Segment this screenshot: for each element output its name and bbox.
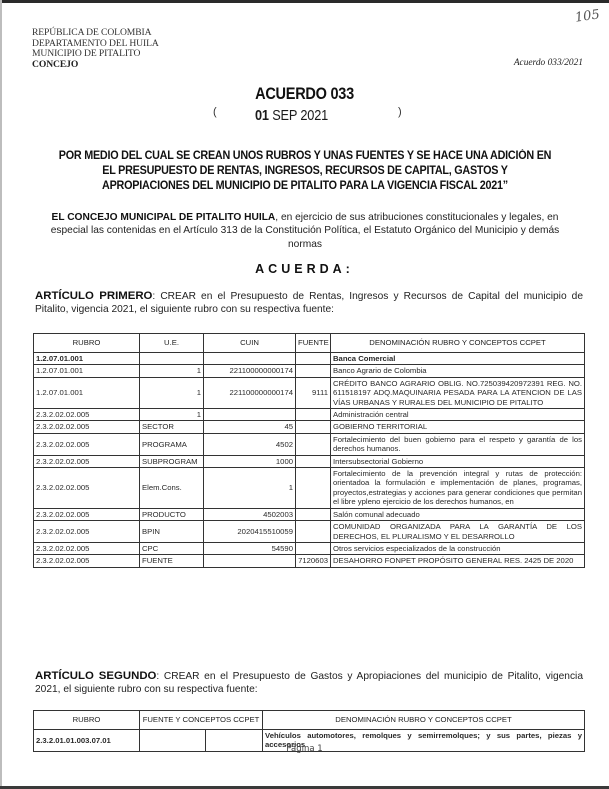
cell-rubro: 1.2.07.01.001 bbox=[34, 365, 140, 377]
cell-fuente bbox=[296, 409, 331, 421]
cell-fuente bbox=[296, 542, 331, 554]
date-line: ( 01 SEP 2021 ) bbox=[0, 105, 609, 129]
date-stamp-rest: SEP 2021 bbox=[269, 107, 328, 124]
cell-denominacion: DESAHORRO FONPET PROPÓSITO GENERAL RES. … bbox=[331, 555, 585, 567]
col-header-denominacion: DENOMINACIÓN RUBRO Y CONCEPTOS CCPET bbox=[331, 334, 585, 353]
cell-fuente: 7120603 bbox=[296, 555, 331, 567]
cell-ue: SECTOR bbox=[140, 421, 204, 433]
cell-cuin bbox=[204, 555, 296, 567]
table-row: 2.3.2.02.02.005CPC54590Otros servicios e… bbox=[34, 542, 585, 554]
table-row: 2.3.2.02.02.005BPIN2020415510059COMUNIDA… bbox=[34, 521, 585, 543]
cell-ue: SUBPROGRAM bbox=[140, 455, 204, 467]
table-header-row: RUBRO U.E. CUIN FUENTE DENOMINACIÓN RUBR… bbox=[34, 334, 585, 353]
cell-ue: BPIN bbox=[140, 521, 204, 543]
date-stamp-day: 01 bbox=[255, 107, 269, 124]
cell-cuin: 4502003 bbox=[204, 508, 296, 520]
col-header-cuin: CUIN bbox=[204, 334, 296, 353]
handwritten-page-number: 105 bbox=[574, 7, 601, 25]
cell-fuente: 9111 bbox=[296, 377, 331, 408]
cell-fuente bbox=[296, 365, 331, 377]
revenue-table: RUBRO U.E. CUIN FUENTE DENOMINACIÓN RUBR… bbox=[33, 333, 585, 568]
institution-header: REPÚBLICA DE COLOMBIA DEPARTAMENTO DEL H… bbox=[32, 28, 159, 70]
col-header-rubro: RUBRO bbox=[34, 334, 140, 353]
cell-rubro: 2.3.2.02.02.005 bbox=[34, 521, 140, 543]
cell-rubro: 2.3.2.02.02.005 bbox=[34, 468, 140, 509]
cell-denominacion: GOBIERNO TERRITORIAL bbox=[331, 421, 585, 433]
close-paren: ) bbox=[398, 106, 402, 118]
cell-ue: PROGRAMA bbox=[140, 433, 204, 455]
cell-fuente bbox=[296, 433, 331, 455]
cell-cuin: 4502 bbox=[204, 433, 296, 455]
document-title: ACUERDO 033 bbox=[37, 85, 573, 104]
cell-rubro: 2.3.2.02.02.005 bbox=[34, 542, 140, 554]
cell-ue bbox=[140, 353, 204, 365]
cell-rubro: 2.3.2.02.02.005 bbox=[34, 508, 140, 520]
article-first-label: ARTÍCULO PRIMERO bbox=[35, 290, 152, 302]
institution-line: REPÚBLICA DE COLOMBIA bbox=[32, 28, 159, 39]
table-row: 1.2.07.01.00112211000000001749111CRÉDITO… bbox=[34, 377, 585, 408]
cell-rubro: 2.3.2.02.02.005 bbox=[34, 409, 140, 421]
cell-cuin: 221100000000174 bbox=[204, 377, 296, 408]
cell-cuin: 45 bbox=[204, 421, 296, 433]
cell-fuente bbox=[296, 421, 331, 433]
table-row: 2.3.2.02.02.005SECTOR45GOBIERNO TERRITOR… bbox=[34, 421, 585, 433]
cell-fuente bbox=[296, 353, 331, 365]
cell-cuin: 1000 bbox=[204, 455, 296, 467]
cell-denominacion: Fortalecimiento del buen gobierno para e… bbox=[331, 433, 585, 455]
cell-rubro: 1.2.07.01.001 bbox=[34, 353, 140, 365]
article-second: ARTÍCULO SEGUNDO: CREAR en el Presupuest… bbox=[35, 670, 583, 696]
col-header-ue: U.E. bbox=[140, 334, 204, 353]
cell-rubro: 2.3.2.02.02.005 bbox=[34, 421, 140, 433]
institution-concejo: CONCEJO bbox=[32, 60, 159, 71]
cell-cuin bbox=[204, 409, 296, 421]
cell-denominacion: Otros servicios especializados de la con… bbox=[331, 542, 585, 554]
cell-denominacion: CRÉDITO BANCO AGRARIO OBLIG. NO.72503942… bbox=[331, 377, 585, 408]
scan-top-edge bbox=[0, 0, 609, 3]
cell-fuente bbox=[296, 455, 331, 467]
cell-denominacion: COMUNIDAD ORGANIZADA PARA LA GARANTÍA DE… bbox=[331, 521, 585, 543]
cell-rubro: 2.3.2.02.02.005 bbox=[34, 555, 140, 567]
cell-fuente bbox=[296, 521, 331, 543]
col-header-fuente-conceptos: FUENTE Y CONCEPTOS CCPET bbox=[140, 711, 263, 730]
table-row: 2.3.2.02.02.005PROGRAMA4502Fortalecimien… bbox=[34, 433, 585, 455]
cell-cuin bbox=[204, 353, 296, 365]
cell-denominacion: Intersubsectorial Gobierno bbox=[331, 455, 585, 467]
document-reference: Acuerdo 033/2021 bbox=[514, 58, 583, 68]
preamble: EL CONCEJO MUNICIPAL DE PITALITO HUILA, … bbox=[50, 211, 560, 251]
table-row: 1.2.07.01.0011221100000000174Banco Agrar… bbox=[34, 365, 585, 377]
cell-denominacion: Salón comunal adecuado bbox=[331, 508, 585, 520]
cell-ue: 1 bbox=[140, 409, 204, 421]
table-row: 2.3.2.02.02.005FUENTE7120603DESAHORRO FO… bbox=[34, 555, 585, 567]
table-row: 2.3.2.02.02.005PRODUCTO4502003Salón comu… bbox=[34, 508, 585, 520]
cell-cuin: 2020415510059 bbox=[204, 521, 296, 543]
article-second-label: ARTÍCULO SEGUNDO bbox=[35, 670, 156, 682]
cell-ue: CPC bbox=[140, 542, 204, 554]
table-row: 2.3.2.02.02.0051Administración central bbox=[34, 409, 585, 421]
cell-ue: Elem.Cons. bbox=[140, 468, 204, 509]
cell-denominacion: Banca Comercial bbox=[331, 353, 585, 365]
table-row: 2.3.2.02.02.005Elem.Cons.1Fortalecimient… bbox=[34, 468, 585, 509]
cell-cuin: 221100000000174 bbox=[204, 365, 296, 377]
cell-fuente bbox=[296, 508, 331, 520]
institution-line: MUNICIPIO DE PITALITO bbox=[32, 49, 159, 60]
cell-rubro: 1.2.07.01.001 bbox=[34, 377, 140, 408]
acuerda-heading: ACUERDA: bbox=[0, 262, 609, 276]
table-row: 1.2.07.01.001Banca Comercial bbox=[34, 353, 585, 365]
col-header-denominacion: DENOMINACIÓN RUBRO Y CONCEPTOS CCPET bbox=[263, 711, 585, 730]
col-header-fuente: FUENTE bbox=[296, 334, 331, 353]
cell-ue: 1 bbox=[140, 377, 204, 408]
document-subject: POR MEDIO DEL CUAL SE CREAN UNOS RUBROS … bbox=[59, 148, 552, 193]
page-footer: Página 1 bbox=[0, 744, 609, 754]
cell-ue: 1 bbox=[140, 365, 204, 377]
cell-ue: PRODUCTO bbox=[140, 508, 204, 520]
cell-fuente bbox=[296, 468, 331, 509]
preamble-bold: EL CONCEJO MUNICIPAL DE PITALITO HUILA bbox=[52, 212, 276, 223]
revenue-table-body: 1.2.07.01.001Banca Comercial1.2.07.01.00… bbox=[34, 353, 585, 568]
table-header-row: RUBRO FUENTE Y CONCEPTOS CCPET DENOMINAC… bbox=[34, 711, 585, 730]
cell-cuin: 1 bbox=[204, 468, 296, 509]
cell-cuin: 54590 bbox=[204, 542, 296, 554]
table-row: 2.3.2.02.02.005SUBPROGRAM1000Intersubsec… bbox=[34, 455, 585, 467]
cell-denominacion: Fortalecimiento de la prevención integra… bbox=[331, 468, 585, 509]
cell-denominacion: Banco Agrario de Colombia bbox=[331, 365, 585, 377]
cell-ue: FUENTE bbox=[140, 555, 204, 567]
cell-denominacion: Administración central bbox=[331, 409, 585, 421]
col-header-rubro: RUBRO bbox=[34, 711, 140, 730]
cell-rubro: 2.3.2.02.02.005 bbox=[34, 433, 140, 455]
open-paren: ( bbox=[213, 106, 217, 118]
date-stamp: 01 SEP 2021 bbox=[255, 107, 328, 124]
article-first: ARTÍCULO PRIMERO: CREAR en el Presupuest… bbox=[35, 290, 583, 316]
cell-rubro: 2.3.2.02.02.005 bbox=[34, 455, 140, 467]
